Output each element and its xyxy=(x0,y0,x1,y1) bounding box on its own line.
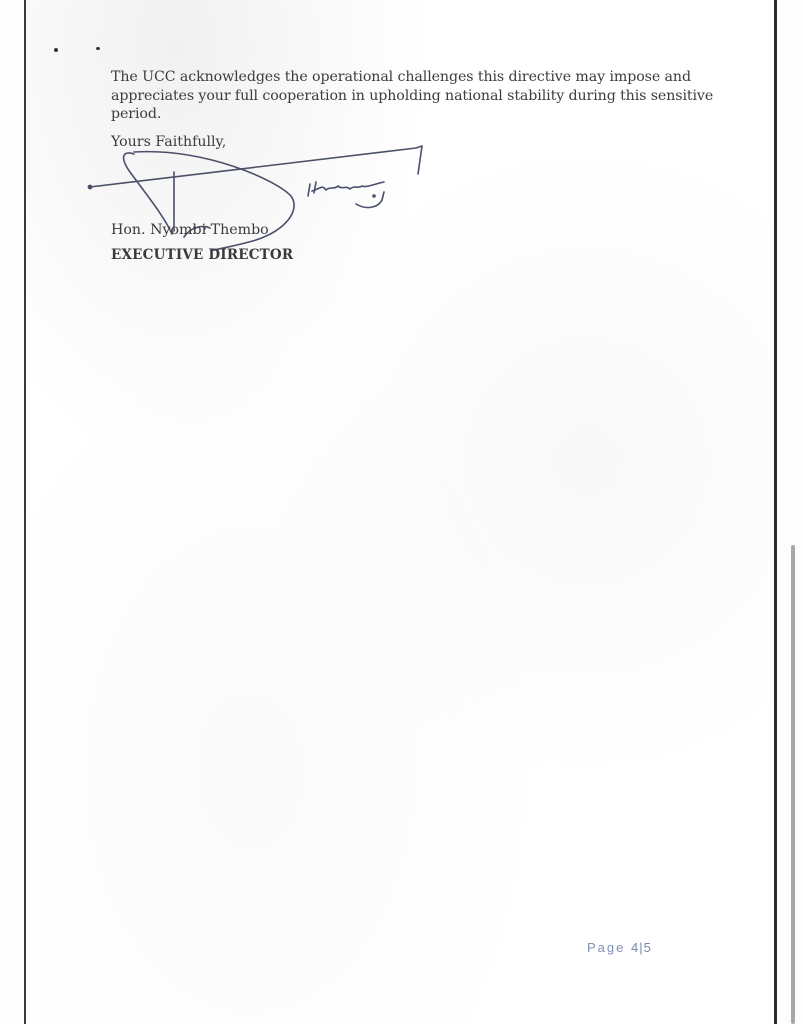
page-label: Page xyxy=(587,940,625,955)
closing-salutation: Yours Faithfully, xyxy=(111,134,226,150)
document-viewer: The UCC acknowledges the operational cha… xyxy=(0,0,803,1024)
vertical-scrollbar[interactable] xyxy=(791,545,795,1024)
page-number-value: 4|5 xyxy=(631,940,652,955)
body-paragraph: The UCC acknowledges the operational cha… xyxy=(111,68,721,124)
page-number: Page 4|5 xyxy=(587,940,652,955)
document-page: The UCC acknowledges the operational cha… xyxy=(24,0,777,1024)
signer-name: Hon. Nyombi Thembo xyxy=(111,222,269,238)
scan-speck xyxy=(96,47,100,50)
scan-speck xyxy=(54,48,58,52)
signer-title: EXECUTIVE DIRECTOR xyxy=(111,247,293,263)
